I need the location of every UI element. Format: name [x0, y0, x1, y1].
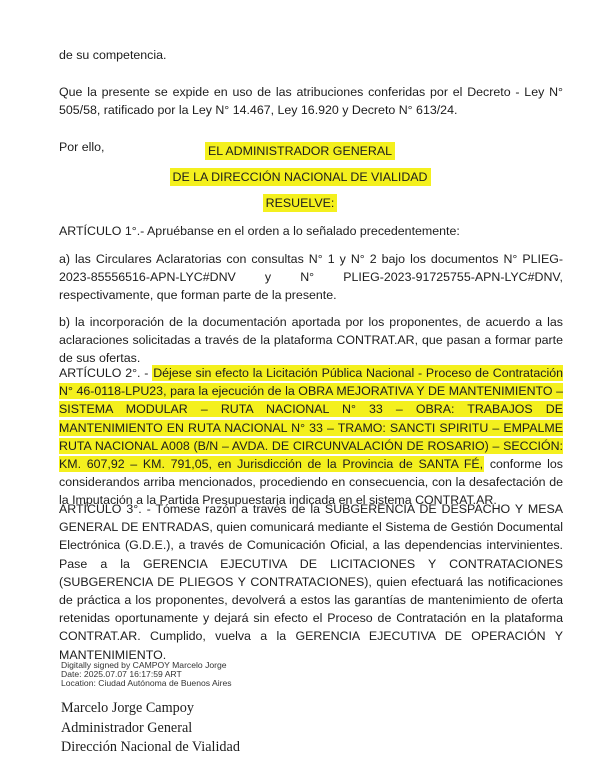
- signature-location: Location: Ciudad Autónoma de Buenos Aire…: [61, 679, 232, 688]
- intro-fragment: de su competencia.: [59, 46, 563, 64]
- document-page: de su competencia. Que la presente se ex…: [0, 0, 600, 777]
- articulo-1: ARTÍCULO 1°.- Apruébanse en el orden a l…: [59, 222, 563, 240]
- heading-line-3: RESUELVE:: [0, 194, 600, 212]
- articulo-2-label: ARTÍCULO 2°. -: [59, 366, 152, 380]
- heading-line-2: DE LA DIRECCIÓN NACIONAL DE VIALIDAD: [0, 168, 600, 186]
- heading-direccion: DE LA DIRECCIÓN NACIONAL DE VIALIDAD: [170, 168, 431, 186]
- heading-administrador: EL ADMINISTRADOR GENERAL: [205, 142, 395, 160]
- digital-signature-block: Digitally signed by CAMPOY Marcelo Jorge…: [61, 661, 232, 689]
- signatory-block: Marcelo Jorge Campoy Administrador Gener…: [61, 699, 240, 758]
- articulo-1-item-a: a) las Circulares Aclaratorias con consu…: [59, 250, 563, 305]
- articulo-2: ARTÍCULO 2°. - Déjese sin efecto la Lici…: [59, 364, 563, 510]
- heading-line-1: EL ADMINISTRADOR GENERAL: [0, 142, 600, 160]
- signatory-title: Administrador General: [61, 719, 240, 739]
- signatory-organization: Dirección Nacional de Vialidad: [61, 738, 240, 758]
- signatory-name: Marcelo Jorge Campoy: [61, 699, 240, 719]
- articulo-2-highlighted-text: Déjese sin efecto la Licitación Pública …: [59, 365, 563, 472]
- heading-resuelve: RESUELVE:: [263, 194, 338, 212]
- considerando-final: Que la presente se expide en uso de las …: [59, 83, 563, 119]
- articulo-3: ARTÍCULO 3°. - Tómese razón a través de …: [59, 500, 563, 664]
- articulo-1-item-b: b) la incorporación de la documentación …: [59, 313, 563, 368]
